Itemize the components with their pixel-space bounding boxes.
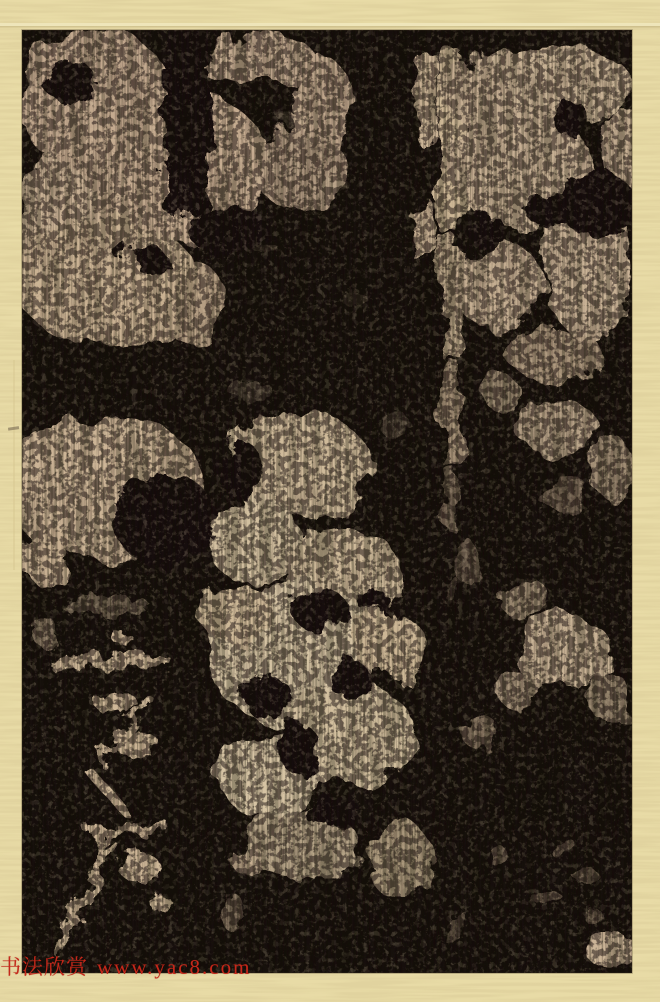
vertical-streak-texture <box>22 30 632 973</box>
stele-rubbing-image <box>0 0 660 1002</box>
watermark: 书法欣赏www.yac8.com <box>0 951 251 981</box>
watermark-site-url: www.yac8.com <box>97 955 251 979</box>
watermark-site-name: 书法欣赏 <box>0 955 88 979</box>
rubbing-page: 书法欣赏www.yac8.com <box>0 0 660 1002</box>
rubbing-ink-area <box>5 20 648 973</box>
